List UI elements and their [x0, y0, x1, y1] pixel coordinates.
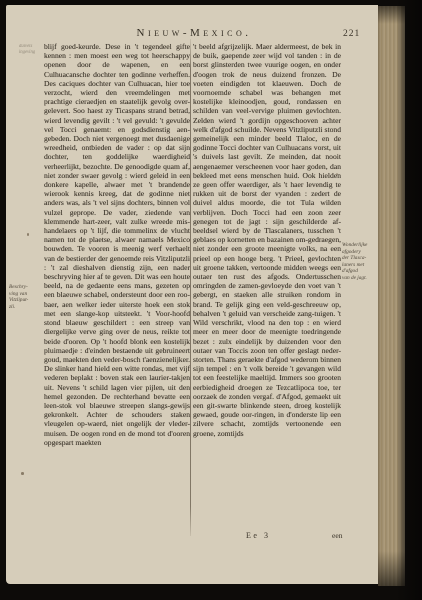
- book-scan-photo: Nieuw-Mexico. 221 blijf goed-keurde. Des…: [0, 0, 422, 600]
- page-number: 221: [343, 29, 360, 39]
- text-column-right: 't beeld afgrijzelijk. Maer aldermeest, …: [193, 42, 341, 532]
- running-head-title: Nieuw-Mexico.: [44, 27, 344, 39]
- column-divider-rule: [190, 39, 191, 536]
- catchword: een: [332, 531, 343, 540]
- paper-speck: [21, 472, 24, 475]
- signature-mark: Ee 3: [246, 531, 270, 540]
- margin-note-left-mid: Beschry- ving van Vitzliput- zli.: [9, 284, 47, 310]
- paper-speck: [336, 173, 338, 175]
- book-fore-edge-pages: [378, 6, 405, 586]
- text-column-left: blijf goed-keurde. Dese in 't tegendeel …: [44, 42, 190, 532]
- book-page: Nieuw-Mexico. 221 blijf goed-keurde. Des…: [6, 5, 378, 584]
- margin-note-right: Wonderlijke afgodery der Tlasca- laners …: [342, 242, 382, 282]
- paper-speck: [27, 233, 29, 236]
- margin-note-left-top: duivels ingeving: [19, 44, 45, 56]
